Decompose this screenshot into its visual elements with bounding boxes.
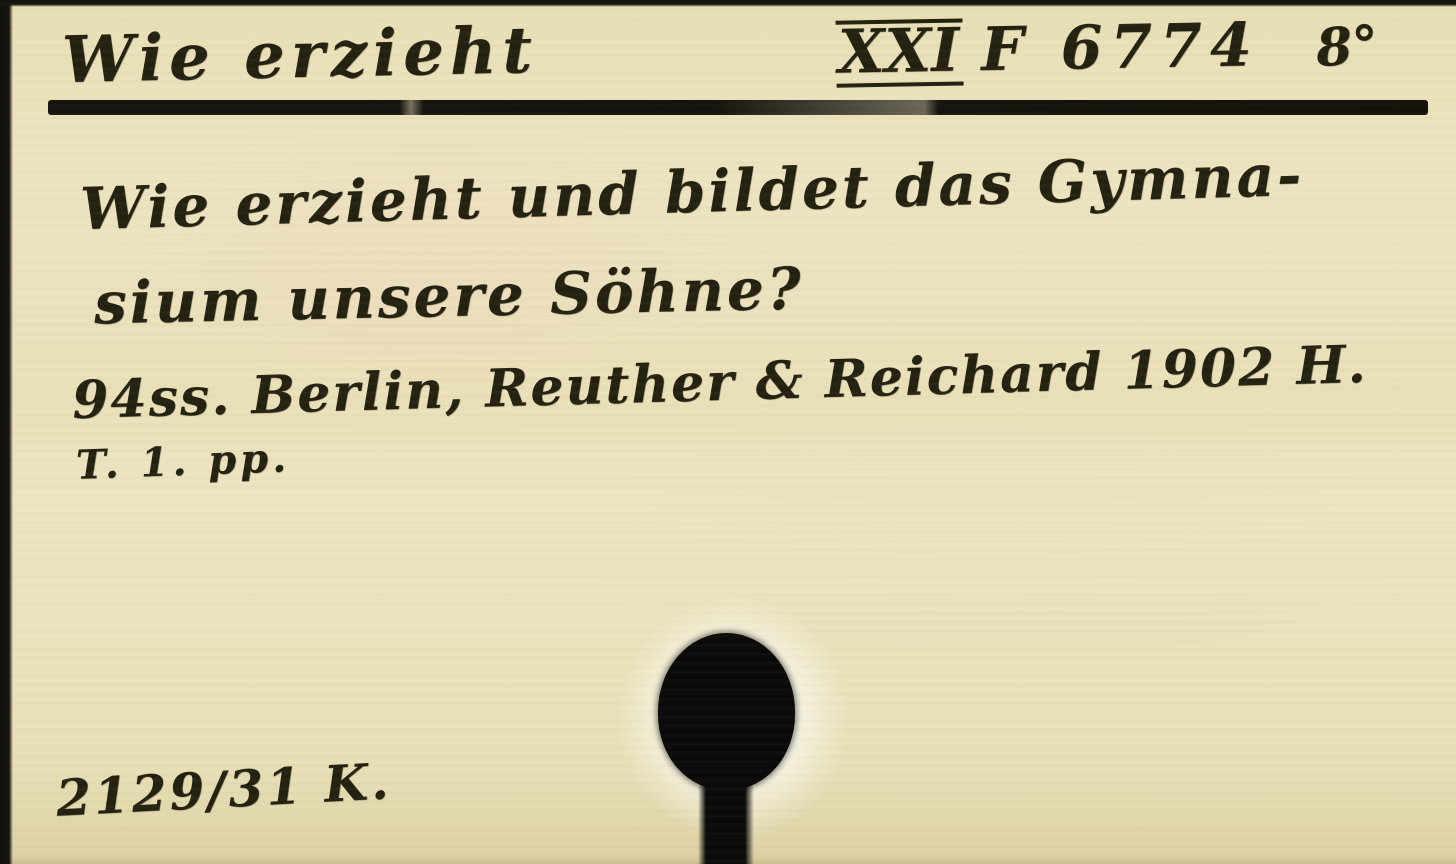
- imprint-line: 94ss. Berlin, Reuther & Reichard 1902 H.: [71, 334, 1368, 431]
- header-rule: [48, 100, 1428, 115]
- card-heading: Wie erzieht: [61, 13, 538, 98]
- accession-number: 2129/31 K.: [55, 751, 393, 827]
- title-line-1: Wie erzieht und bildet das Gymna-: [79, 141, 1305, 243]
- format-mark: 8°: [1314, 14, 1380, 79]
- title-line-2: sium unsere Söhne?: [93, 255, 804, 338]
- volume-note-line: T. 1. pp.: [75, 434, 291, 488]
- shelfmark: XXIF 6774: [835, 10, 1260, 87]
- catalog-card-scan: Wie erzieht XXIF 6774 8° Wie erzieht und…: [0, 0, 1456, 864]
- hole-punch: [658, 633, 795, 790]
- shelfmark-number: F 6774: [981, 10, 1261, 85]
- shelfmark-roman-numeral: XXI: [835, 18, 963, 87]
- hole-punch-slit: [698, 770, 754, 864]
- scan-edge-left: [0, 0, 13, 864]
- scan-edge-top: [0, 0, 1456, 7]
